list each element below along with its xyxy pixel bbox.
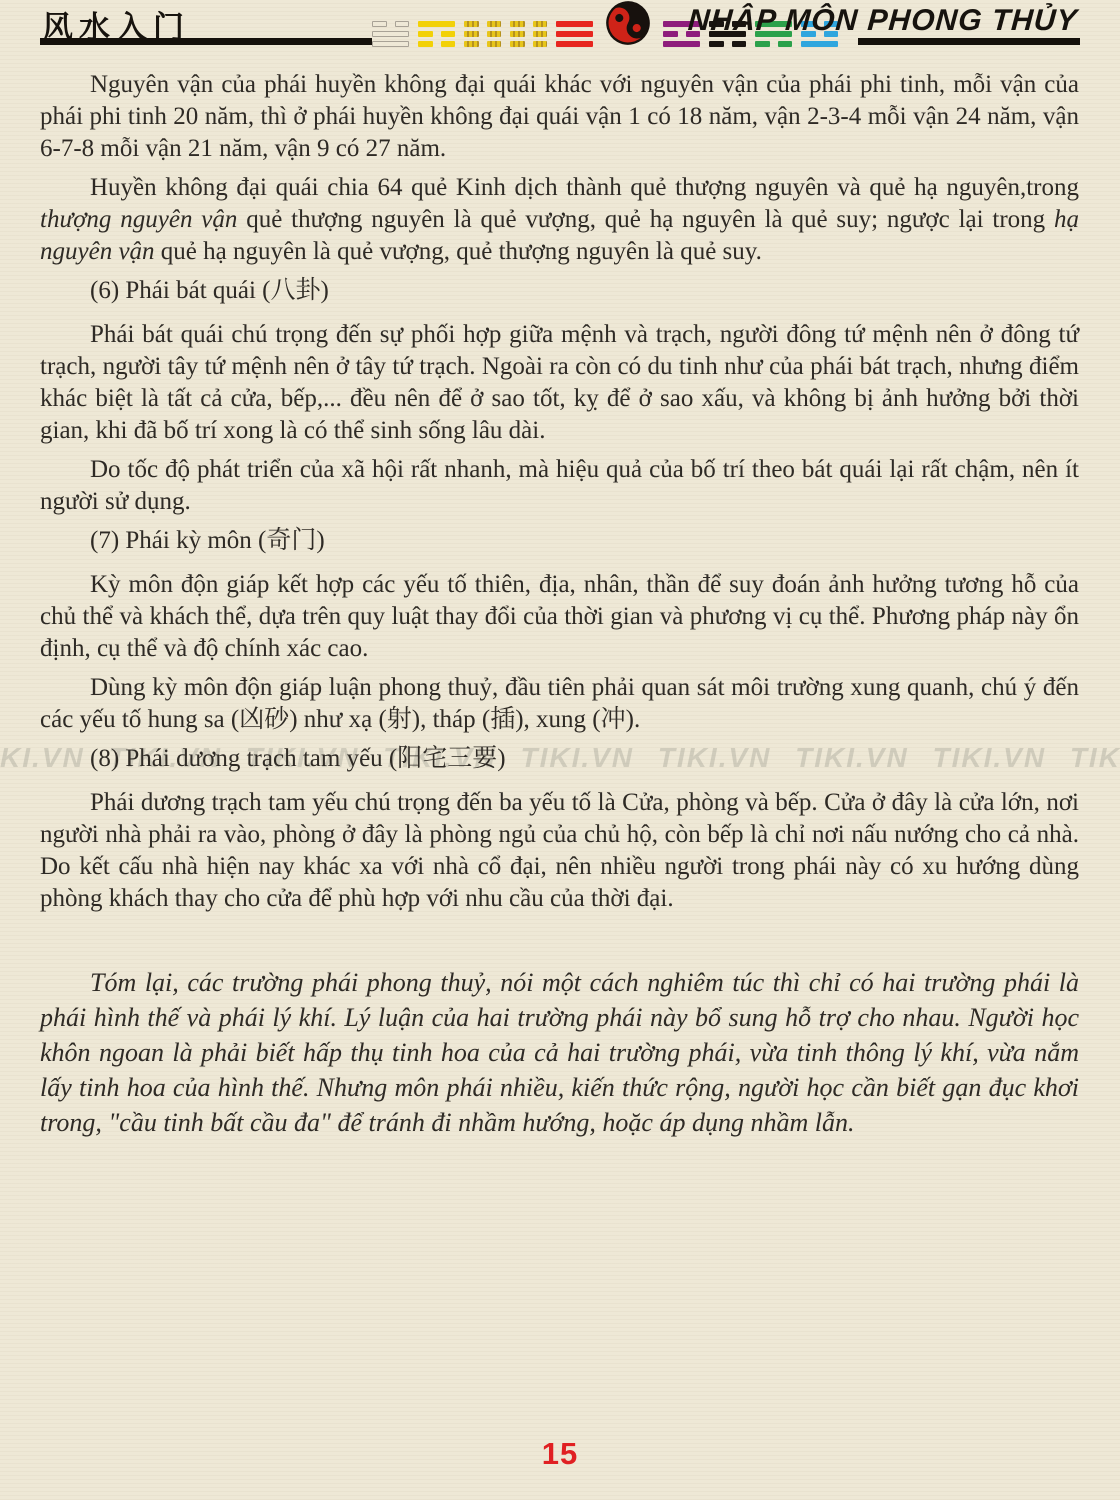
header-rule-right [858,38,1080,45]
header-rule-left [40,38,372,45]
paragraph: Phái bát quái chú trọng đến sự phối hợp … [40,319,1079,447]
trigram-yellow-textured-2-icon [510,17,547,47]
section-heading: (7) Phái kỳ môn (奇门) [40,525,1079,557]
paragraph: Phái dương trạch tam yếu chú trọng đến b… [40,787,1079,915]
book-page: 风水入门 NHẬP MÔN PHONG THỦY KI.VN TIKI.VN T… [0,0,1120,1500]
paragraph: Kỳ môn độn giáp kết hợp các yếu tố thiên… [40,569,1079,665]
paragraph: Nguyên vận của phái huyền không đại quái… [40,69,1079,165]
page-number: 15 [0,1436,1120,1472]
trigram-yellow-textured-1-icon [464,17,501,47]
section-heading: (8) Phái dương trạch tam yếu (阳宅三要) [40,743,1079,775]
page-header: 风水入门 NHẬP MÔN PHONG THỦY [0,0,1120,60]
paragraph: Do tốc độ phát triển của xã hội rất nhan… [40,454,1079,518]
bagua-left-group [372,17,593,47]
paragraph: Huyền không đại quái chia 64 quẻ Kinh dị… [40,172,1079,268]
page-body: Nguyên vận của phái huyền không đại quái… [40,69,1079,1147]
paragraph: Dùng kỳ môn độn giáp luận phong thuỷ, đầ… [40,672,1079,736]
page-title: NHẬP MÔN PHONG THỦY [687,4,1079,38]
trigram-outline-icon [372,17,409,47]
section-heading: (6) Phái bát quái (八卦) [40,275,1079,307]
paragraph: Tóm lại, các trường phái phong thuỷ, nói… [40,965,1079,1140]
trigram-red-icon [556,17,593,47]
yinyang-icon [605,0,651,51]
trigram-yellow-icon [418,17,455,47]
